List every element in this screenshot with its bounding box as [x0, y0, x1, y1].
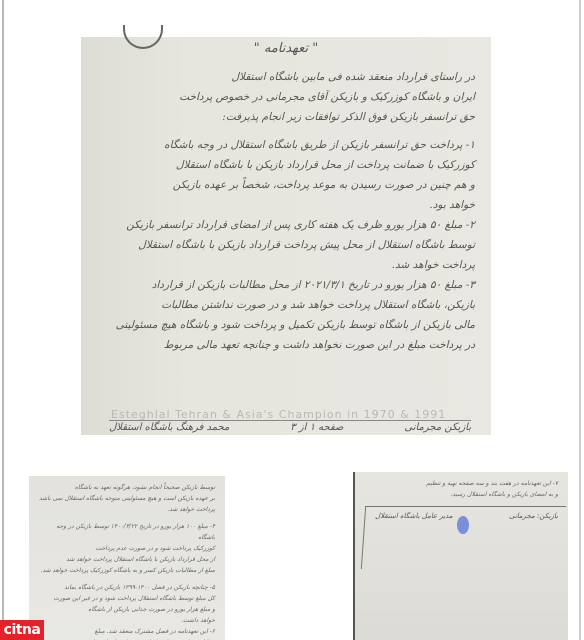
- body-line: و هم چنین در صورت رسیدن به موعد پرداخت، …: [109, 175, 475, 195]
- document-page-2: توسط بازیکن صحیحاً انجام نشود، هرگونه تع…: [29, 476, 225, 640]
- body-line: ۱- پرداخت حق ترانسفر بازیکن از طریق باشگ…: [109, 135, 475, 155]
- body-line: و مبلغ هزار یورو در صورت جدایی بازیکن از…: [39, 604, 215, 615]
- body-line: توسط باشگاه استقلال از محل پیش پرداخت قر…: [109, 235, 475, 255]
- body-line: ۳- مبلغ ۵۰ هزار یورو در تاریخ ۲۰۲۱/۳/۱ ا…: [109, 275, 475, 295]
- club-signature: مدیر عامل باشگاه استقلال: [375, 512, 453, 520]
- page-number: صفحه ۱ از ۳: [290, 422, 343, 433]
- body-line: توسط بازیکن صحیحاً انجام نشود، هرگونه تع…: [39, 482, 215, 493]
- body-line: بر عهده بازیکن است و هیچ مسئولیتی متوجه …: [39, 493, 215, 504]
- document-title: " تعهدنامه ": [81, 41, 491, 56]
- player-signature: بازیکن: مجرمانی: [509, 512, 558, 520]
- signature-right: بازیکن مجرمانی: [404, 422, 471, 433]
- body-line: در پرداخت مبلغ در این صورت نخواهد داشت و…: [109, 335, 475, 355]
- body-line: و به امضای بازیکن و باشگاه استقلال رسید.: [365, 489, 558, 500]
- body-line: حق ترانسفر بازیکن فوق الذکر توافقات زیر …: [109, 107, 475, 127]
- body-line: خواهد بود.: [109, 195, 475, 215]
- page-2-body: توسط بازیکن صحیحاً انجام نشود، هرگونه تع…: [39, 482, 215, 640]
- body-line: ۵- چنانچه بازیکن در فصل ۱۴۰۰-۱۳۹۹ بازیکن…: [39, 582, 215, 593]
- body-line: پرداخت خواهد شد.: [39, 504, 215, 515]
- body-line: کل مبلغ توسط باشگاه استقلال پرداخت شود و…: [39, 593, 215, 604]
- body-line: کوزرکیک با ضمانت پرداخت از محل قرارداد ب…: [109, 155, 475, 175]
- body-line: ۲- مبلغ ۵۰ هزار یورو ظرف یک هفته کاری پس…: [109, 215, 475, 235]
- body-line: بازیکن، باشگاه استقلال پرداخت خواهد شد و…: [109, 295, 475, 315]
- body-line: ۶- این تعهدنامه در فصل مشترک منعقد شد. م…: [39, 626, 215, 637]
- body-line: مالی بازیکن از باشگاه توسط بازیکن تکمیل …: [109, 315, 475, 335]
- signature-left: محمد فرهنگ باشگاه استقلال: [109, 422, 229, 433]
- body-line: پرداخت خواهد شد.: [109, 255, 475, 275]
- thumbprint-icon: [457, 516, 469, 534]
- main-document-page: " تعهدنامه " در راستای قرارداد منعقد شده…: [81, 37, 491, 435]
- body-line: در راستای قرارداد منعقد شده فی مابین باش…: [109, 67, 475, 87]
- body-line: خواهد داشت.: [39, 615, 215, 626]
- page-3-body: ۷- این تعهدنامه در هفت بند و سه صفحه تهی…: [365, 478, 558, 500]
- document-footer: بازیکن مجرمانی صفحه ۱ از ۳ محمد فرهنگ با…: [109, 420, 471, 433]
- citna-logo: citna: [0, 620, 44, 640]
- body-line: از محل قرارداد بازیکن با باشگاه استقلال …: [39, 554, 215, 565]
- body-line: ایران و باشگاه کوزرکیک و بازیکن آقای مجر…: [109, 87, 475, 107]
- body-line: ۴- مبلغ ۱۰۰ هزار یورو در تاریخ ۱۴۰۰/۳/۲۲…: [39, 521, 215, 543]
- body-line: ۷- این تعهدنامه در هفت بند و سه صفحه تهی…: [365, 478, 558, 489]
- document-page-3: ۷- این تعهدنامه در هفت بند و سه صفحه تهی…: [353, 472, 568, 640]
- body-line: مبلغ از مطالبات بازیکن کسر و به باشگاه ک…: [39, 565, 215, 576]
- document-body: در راستای قرارداد منعقد شده فی مابین باش…: [109, 67, 475, 355]
- body-line: کوزرکیک پرداخت شود و در صورت عدم پرداخت: [39, 543, 215, 554]
